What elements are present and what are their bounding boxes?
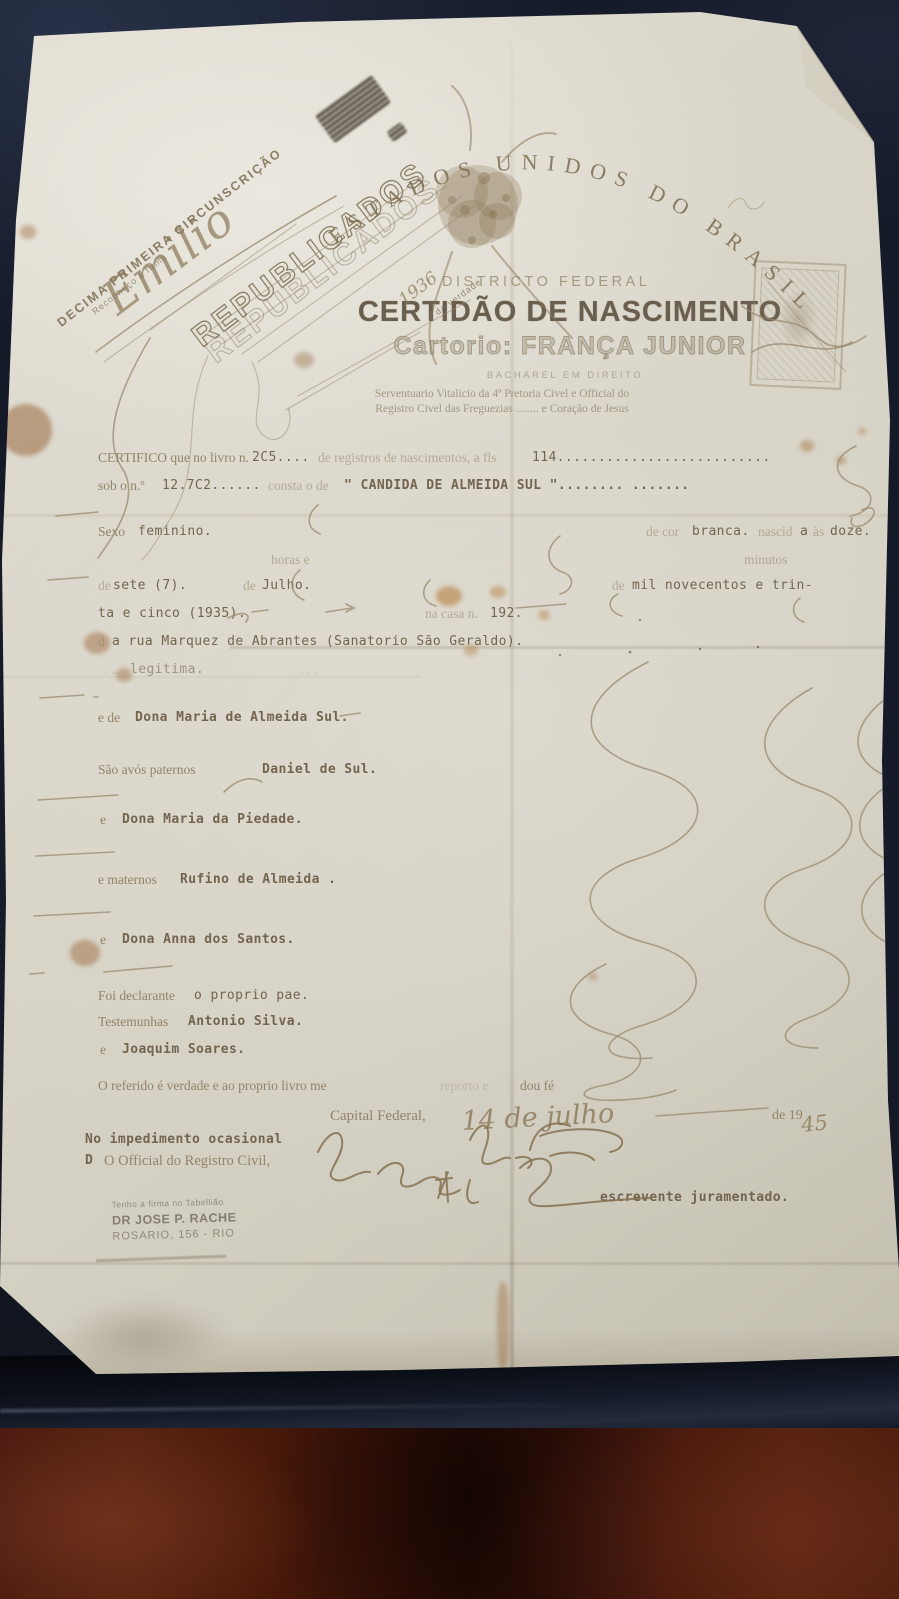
field-folha: 114..........................	[532, 450, 771, 465]
field-de2-label: de	[243, 578, 256, 594]
field-declarante: o proprio pae.	[194, 988, 309, 1003]
field-numero: 12.7C2......	[162, 478, 261, 493]
field-ano-parte1: mil novecentos e trin-	[632, 578, 813, 593]
field-avo-materno-nome: Rufino de Almeida .	[180, 872, 336, 887]
field-nascid-a: a	[800, 524, 808, 539]
pen-dash8	[30, 966, 172, 974]
field-avo-materna-nome: Dona Anna dos Santos.	[122, 932, 295, 947]
field-minutos-label: minutos	[744, 552, 788, 568]
line-testemunha1: Testemunhas Antonio Silva.	[0, 1014, 899, 1036]
field-sexo-label: Sexo	[98, 524, 125, 540]
field-horas-e-label: horas e	[271, 552, 310, 568]
field-mes: Julho.	[262, 578, 311, 593]
field-e1-label: e	[100, 812, 106, 828]
field-impedimento: No impedimento ocasional	[85, 1132, 282, 1147]
line-numero-nome: sob o n.º 12.7C2...... consta o de " CAN…	[0, 478, 899, 500]
field-ano-parte2: ta e cinco (1935).	[98, 606, 246, 621]
field-casa-label: na casa n.	[425, 606, 478, 622]
line-avo-materna: e Dona Anna dos Santos.	[0, 932, 899, 954]
field-e2-label: e	[100, 932, 106, 948]
pen-dash5	[38, 795, 118, 800]
horizontal-crease-1	[0, 514, 899, 517]
field-de1-label: de	[98, 578, 111, 594]
field-cor: branca.	[692, 524, 750, 539]
field-declarante-label: Foi declarante	[98, 988, 175, 1004]
line-horas: horas e minutos	[0, 552, 899, 574]
field-referido-2: dou fé	[520, 1078, 554, 1094]
folded-corner	[0, 0, 899, 200]
photo-of-document: DECIMA PRIMEIRA CIRCUNSCRIÇÃO Reconheço …	[0, 0, 899, 1599]
smudged-stamp-small	[386, 122, 408, 142]
stain	[858, 428, 866, 435]
check-mark	[728, 198, 764, 209]
line-declarante: Foi declarante o proprio pae.	[0, 988, 899, 1010]
field-consta-label: consta o de	[268, 478, 329, 494]
line-testemunha2: e Joaquim Soares.	[0, 1042, 899, 1064]
serventia-line1: Serventuario Vitalicio da 4ª Pretoria Ci…	[242, 388, 762, 400]
serventia-line2: Registro Civel das Freguezias ........ e…	[242, 403, 762, 415]
field-certifico-label2: de registros de nascimentos, a fls	[318, 450, 496, 466]
line-mae: e de Dona Maria de Almeida Sul.	[0, 710, 899, 732]
stain	[20, 225, 36, 239]
line-sexo: Sexo feminino. de cor branca. nascid a à…	[0, 524, 899, 546]
field-avo-paterna-nome: Dona Maria da Piedade.	[122, 812, 303, 827]
field-legitima-post: . . .	[300, 662, 317, 678]
revenue-stamp	[749, 260, 846, 390]
line-referido: O referido é verdade e ao proprio livro …	[0, 1078, 899, 1100]
field-referido-faded: reporto e	[440, 1078, 488, 1094]
seal-leaf-stroke2	[452, 86, 471, 150]
field-legitima-pre: . ...	[104, 662, 121, 678]
notary-line3: ROSARIO, 156 - RIO	[112, 1227, 237, 1242]
line-data-nascimento: de sete (7). de Julho. de mil novecentos…	[0, 578, 899, 600]
cartorio-name: Cartorio: FRANÇA JUNIOR	[355, 332, 785, 361]
district-label: DISTRICTO FEDERAL	[442, 274, 650, 290]
wood-floor	[0, 1428, 899, 1599]
line-impedimento: No impedimento ocasional	[0, 1132, 899, 1154]
field-certifico-label: CERTIFICO que no livro n.	[98, 450, 249, 466]
field-casa-numero: 192.	[490, 606, 523, 621]
line-avo-paterna: e Dona Maria da Piedade.	[0, 812, 899, 834]
smudged-stamp	[315, 75, 392, 144]
line-capital-data: Capital Federal, de 19	[0, 1108, 899, 1130]
stain	[0, 404, 52, 456]
bacharel-label: BACHAREL EM DIREITO	[430, 370, 700, 381]
field-capital-label: Capital Federal,	[330, 1108, 426, 1125]
field-e3-label: e	[100, 1042, 106, 1058]
field-official-label: O Official do Registro Civil,	[104, 1153, 270, 1170]
pen-dash3	[40, 695, 98, 698]
field-referido-1: O referido é verdade e ao proprio livro …	[98, 1078, 327, 1094]
birth-certificate-document: DECIMA PRIMEIRA CIRCUNSCRIÇÃO Reconheço …	[0, 0, 899, 1599]
field-livro: 2C5....	[252, 450, 310, 465]
notary-line1: Tenho a firma no Tabellião	[111, 1196, 236, 1209]
line-certifico: CERTIFICO que no livro n. 2C5.... de reg…	[0, 450, 899, 472]
field-e-de-label: e de	[98, 710, 120, 726]
revenue-stamp-inner	[757, 267, 840, 382]
field-testemunha2-nome: Joaquim Soares.	[122, 1042, 245, 1057]
document-title: CERTIDÃO DE NASCIMENTO	[340, 296, 800, 329]
stain	[294, 352, 314, 368]
field-d-typed: D	[85, 1153, 93, 1168]
field-legitima: legitima.	[130, 662, 204, 677]
field-testemunha1-nome: Antonio Silva.	[188, 1014, 303, 1029]
stain	[588, 972, 598, 981]
line-ano-casa: ta e cinco (1935). na casa n. 192.	[0, 606, 899, 628]
field-avo-paterno-nome: Daniel de Sul.	[262, 762, 377, 777]
field-cor-label: de cor	[646, 524, 679, 540]
notary-line2: DR JOSE P. RACHE	[112, 1210, 237, 1227]
field-de19-label: de 19	[772, 1108, 803, 1124]
field-d-label: d	[98, 634, 105, 650]
notary-stamp-box: Tenho a firma no Tabellião DR JOSE P. RA…	[111, 1196, 237, 1242]
field-nome: " CANDIDA DE ALMEIDA SUL "........ .....…	[344, 478, 690, 493]
field-testemunhas-label: Testemunhas	[98, 1014, 168, 1030]
line-rua: d a rua Marquez de Abrantes (Sanatorio S…	[0, 634, 899, 656]
pen-dash6	[36, 852, 114, 856]
field-mae-nome: Dona Maria de Almeida Sul.	[135, 710, 349, 725]
line-avo-paterno: São avós paternos Daniel de Sul.	[0, 762, 899, 784]
field-dia: sete (7).	[113, 578, 187, 593]
field-hora: doze.	[830, 524, 871, 539]
field-sexo: feminino.	[138, 524, 212, 539]
line-official: D O Official do Registro Civil,	[0, 1153, 899, 1175]
fold-stain	[497, 1282, 509, 1368]
line-legitima: . ... legitima. . . .	[0, 662, 899, 684]
field-nascid-label: nascid	[758, 524, 793, 540]
field-maternos-label: e maternos	[98, 872, 157, 888]
horizontal-crease-3	[0, 1262, 899, 1265]
field-as-label: às	[813, 524, 824, 540]
field-sob-n-label: sob o n.º	[98, 478, 145, 494]
line-avo-materno: e maternos Rufino de Almeida .	[0, 872, 899, 894]
field-escrevente: escrevente juramentado.	[600, 1190, 789, 1205]
pen-dash7	[34, 912, 110, 916]
field-rua: a rua Marquez de Abrantes (Sanatorio São…	[112, 634, 523, 649]
field-de3-label: de	[612, 578, 625, 594]
field-avos-paternos-label: São avós paternos	[98, 762, 195, 778]
flourish-loop	[252, 362, 290, 440]
